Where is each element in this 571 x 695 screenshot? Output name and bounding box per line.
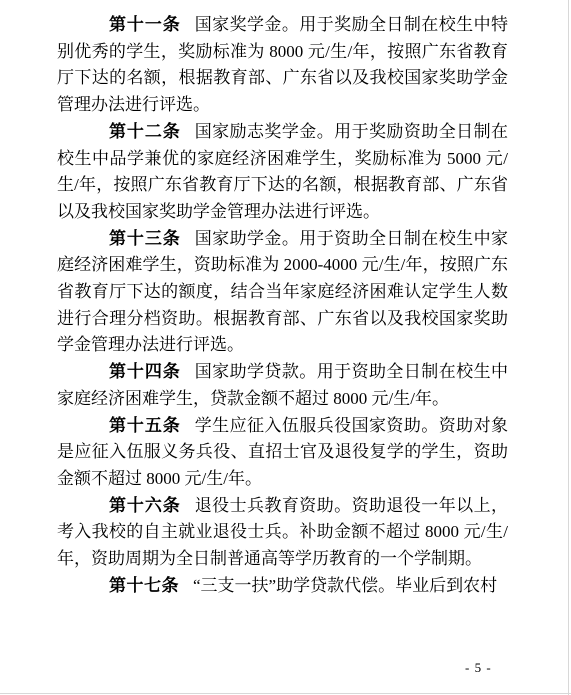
page-number: - 5 - bbox=[465, 660, 492, 676]
article-paragraph: 第十六条退役士兵教育资助。资助退役一年以上，考入我校的自主就业退役士兵。补助金额… bbox=[57, 493, 508, 573]
page-bottom-edge-line bbox=[0, 693, 571, 694]
article-number: 第十四条 bbox=[109, 362, 181, 381]
article-number: 第十七条 bbox=[109, 576, 179, 595]
article-paragraph: 第十七条“三支一扶”助学贷款代偿。毕业后到农村 bbox=[57, 573, 508, 600]
article-paragraph: 第十一条国家奖学金。用于奖励全日制在校生中特别优秀的学生，奖励标准为 8000 … bbox=[57, 12, 508, 119]
article-number: 第十五条 bbox=[109, 416, 181, 435]
article-number: 第十二条 bbox=[109, 122, 181, 141]
article-paragraph: 第十五条学生应征入伍服兵役国家资助。资助对象是应征入伍服义务兵役、直招士官及退役… bbox=[57, 413, 508, 493]
document-body: 第十一条国家奖学金。用于奖励全日制在校生中特别优秀的学生，奖励标准为 8000 … bbox=[57, 12, 508, 599]
article-number: 第十一条 bbox=[109, 15, 181, 34]
article-paragraph: 第十三条国家助学金。用于资助全日制在校生中家庭经济困难学生，资助标准为 2000… bbox=[57, 226, 508, 360]
article-paragraph: 第十二条国家励志奖学金。用于奖励资助全日制在校生中品学兼优的家庭经济困难学生，奖… bbox=[57, 119, 508, 226]
article-number: 第十三条 bbox=[109, 229, 181, 248]
article-paragraph: 第十四条国家助学贷款。用于资助全日制在校生中家庭经济困难学生，贷款金额不超过 8… bbox=[57, 359, 508, 412]
article-number: 第十六条 bbox=[109, 496, 181, 515]
document-page: 第十一条国家奖学金。用于奖励全日制在校生中特别优秀的学生，奖励标准为 8000 … bbox=[0, 0, 571, 695]
article-text: “三支一扶”助学贷款代偿。毕业后到农村 bbox=[193, 576, 497, 595]
page-right-edge-line bbox=[568, 0, 569, 695]
